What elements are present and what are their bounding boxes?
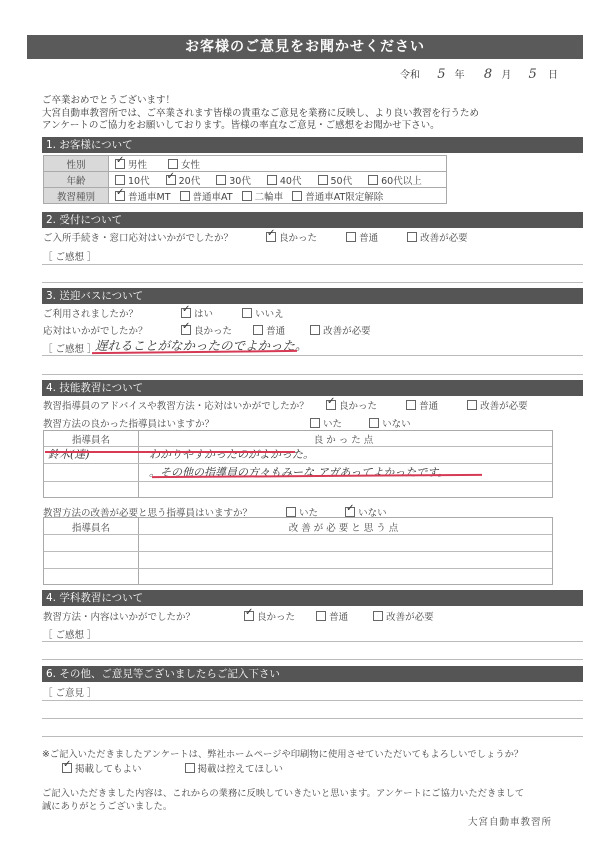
option-needs-improvement: 改善が必要 xyxy=(386,612,434,623)
checkbox-instructor-normal[interactable] xyxy=(406,400,416,410)
col-instructor-name: 指導員名 xyxy=(44,432,138,446)
option-at-limit-removal: 普通車AT限定解除 xyxy=(305,192,383,203)
checkbox-age-20s[interactable] xyxy=(166,175,176,185)
reception-question-row: ご入所手続き・窓口応対はいかがでしたか？ 良かった 普通 改善が必要 xyxy=(43,230,486,244)
reception-comment-line-1[interactable] xyxy=(42,264,583,265)
checkbox-bus-good[interactable] xyxy=(181,325,191,335)
other-comment-line-2[interactable] xyxy=(42,718,583,719)
course-type-row: 教習種別 普通車MT 普通車AT 二輪車 普通車AT限定解除 xyxy=(44,188,447,204)
intro-line-1: ご卒業おめでとうございます！ xyxy=(42,95,582,108)
checkbox-instructor-needs-improvement[interactable] xyxy=(467,400,477,410)
option-at: 普通車AT xyxy=(193,192,233,203)
date-day-label: 日 xyxy=(548,66,558,81)
checkbox-consent-decline[interactable] xyxy=(185,763,195,773)
intro-line-3: アンケートのご協力をお願いしております。皆様の率直なご意見・ご感想をお聞かせ下さ… xyxy=(42,120,582,133)
option-good: 良かった xyxy=(339,401,377,412)
section-4-heading: 4. 技能教習について xyxy=(42,380,583,396)
course-type-label: 教習種別 xyxy=(44,188,109,204)
good-point-1[interactable]: わかりやすかったのがよかった。 xyxy=(149,446,314,462)
option-good: 良かった xyxy=(279,233,317,244)
option-was-not: いない xyxy=(382,419,411,430)
checkbox-age-60s-plus[interactable] xyxy=(368,175,378,185)
form-title: お客様のご意見をお聞かせください xyxy=(27,35,583,59)
gender-row: 性別 男性 女性 xyxy=(44,156,447,172)
bus-usage-row: ご利用されましたか？ はい いいえ xyxy=(43,306,302,320)
checkbox-age-10s[interactable] xyxy=(115,175,125,185)
checkbox-at-limit-removal[interactable] xyxy=(292,191,302,201)
other-comment-line-3[interactable] xyxy=(42,736,583,737)
col-instructor-name: 指導員名 xyxy=(44,520,138,534)
intro-line-2: 大宮自動車教習所では、ご卒業されます皆様の貴重なご意見を業務に反映し、より良い教… xyxy=(42,108,582,121)
consent-question: ※ご記入いただきましたアンケートは、弊社ホームページや印刷物に使用させていただい… xyxy=(42,746,523,760)
option-was: いた xyxy=(323,419,342,430)
checkbox-at[interactable] xyxy=(180,191,190,201)
option-age-40s: 40代 xyxy=(280,176,302,187)
bus-service-question: 応対はいかがでしたか？ xyxy=(43,323,178,337)
date-month-label: 月 xyxy=(501,66,511,81)
good-instructor-row: 教習方法の良かった指導員はいますか？ いた いない xyxy=(43,416,429,430)
bus-comment-line-2[interactable] xyxy=(42,374,583,375)
option-age-50s: 50代 xyxy=(331,176,353,187)
section-2-heading: 2. 受付について xyxy=(42,212,583,228)
checkbox-good-instructor-no[interactable] xyxy=(369,418,379,428)
option-consent-ok: 掲載してもよい xyxy=(75,764,142,775)
age-label: 年齢 xyxy=(44,172,109,188)
checkbox-female[interactable] xyxy=(168,159,178,169)
option-motorcycle: 二輪車 xyxy=(255,192,284,203)
closing-line-2: 誠にありがとうございました。 xyxy=(42,798,172,812)
lecture-comment-line-1[interactable] xyxy=(42,641,583,642)
intro-text: ご卒業おめでとうございます！ 大宮自動車教習所では、ご卒業されます皆様の貴重なご… xyxy=(42,95,582,133)
checkbox-reception-needs-improvement[interactable] xyxy=(407,232,417,242)
bus-service-row: 応対はいかがでしたか？ 良かった 普通 改善が必要 xyxy=(43,323,389,337)
reception-question: ご入所手続き・窓口応対はいかがでしたか？ xyxy=(43,230,263,244)
bad-instructor-table: 指導員名 改善が必要と思う点 xyxy=(43,517,553,585)
checkbox-bad-instructor-yes[interactable] xyxy=(286,507,296,517)
checkbox-instructor-good[interactable] xyxy=(326,400,336,410)
checkbox-bus-needs-improvement[interactable] xyxy=(310,325,320,335)
section-1-heading: 1. お客様について xyxy=(42,137,583,153)
option-female: 女性 xyxy=(181,160,200,171)
other-comment-line-1[interactable] xyxy=(42,700,583,701)
lecture-question: 教習方法・内容はいかがでしたか？ xyxy=(43,609,241,623)
customer-profile-table: 性別 男性 女性 年齢 10代 20代 30代 40代 50代 60代以上 教習… xyxy=(43,155,447,204)
option-needs-improvement: 改善が必要 xyxy=(323,326,371,337)
checkbox-consent-ok[interactable] xyxy=(62,763,72,773)
date-field: 令和 5 年 8 月 5 日 xyxy=(400,66,580,82)
consent-options: 掲載してもよい 掲載は控えてほしい xyxy=(62,761,301,775)
red-underline xyxy=(45,451,295,453)
instructor-advice-row: 教習指導員のアドバイスや教習方法・応対はいかがでしたか？ 良かった 普通 改善が… xyxy=(43,398,546,412)
date-month[interactable]: 8 xyxy=(484,67,492,82)
age-row: 年齢 10代 20代 30代 40代 50代 60代以上 xyxy=(44,172,447,188)
checkbox-lecture-normal[interactable] xyxy=(316,611,326,621)
checkbox-lecture-good[interactable] xyxy=(244,611,254,621)
date-year-label: 年 xyxy=(455,66,465,81)
checkbox-reception-normal[interactable] xyxy=(346,232,356,242)
checkbox-motorcycle[interactable] xyxy=(242,191,252,201)
option-yes: はい xyxy=(194,309,213,320)
checkbox-age-50s[interactable] xyxy=(318,175,328,185)
lecture-comment-label: ［ ご感想 ］ xyxy=(43,627,97,641)
option-male: 男性 xyxy=(128,160,147,171)
option-age-30s: 30代 xyxy=(229,176,251,187)
checkbox-lecture-needs-improvement[interactable] xyxy=(373,611,383,621)
reception-comment-label: ［ ご感想 ］ xyxy=(43,249,97,263)
section-5-heading: 4. 学科教習について xyxy=(42,590,583,606)
checkbox-bus-yes[interactable] xyxy=(181,308,191,318)
option-age-20s: 20代 xyxy=(179,176,201,187)
section-3-heading: 3. 送迎バスについて xyxy=(42,288,583,304)
option-age-60s-plus: 60代以上 xyxy=(381,176,422,187)
lecture-comment-line-2[interactable] xyxy=(42,659,583,660)
option-mt: 普通車MT xyxy=(128,192,171,203)
option-needs-improvement: 改善が必要 xyxy=(420,233,468,244)
checkbox-mt[interactable] xyxy=(115,191,125,201)
section-6-heading: 6. その他、ご意見等ございましたらご記入下さい xyxy=(42,666,583,682)
date-year[interactable]: 5 xyxy=(437,67,445,82)
checkbox-reception-good[interactable] xyxy=(266,232,276,242)
reception-comment-line-2[interactable] xyxy=(42,282,583,283)
lecture-question-row: 教習方法・内容はいかがでしたか？ 良かった 普通 改善が必要 xyxy=(43,609,452,623)
bus-comment-line-1[interactable] xyxy=(42,355,583,356)
option-consent-decline: 掲載は控えてほしい xyxy=(198,764,284,775)
col-good-points: 良かった点 xyxy=(138,432,552,446)
bus-usage-question: ご利用されましたか？ xyxy=(43,306,178,320)
checkbox-age-40s[interactable] xyxy=(267,175,277,185)
gender-label: 性別 xyxy=(44,156,109,172)
date-day[interactable]: 5 xyxy=(529,67,537,82)
closing-line-1: ご記入いただきました内容は、これからの業務に反映していきたいと思います。アンケー… xyxy=(42,785,524,799)
option-normal: 普通 xyxy=(419,401,438,412)
checkbox-age-30s[interactable] xyxy=(216,175,226,185)
option-good: 良かった xyxy=(257,612,295,623)
option-needs-improvement: 改善が必要 xyxy=(480,401,528,412)
option-age-10s: 10代 xyxy=(128,176,150,187)
date-era: 令和 xyxy=(400,66,420,81)
checkbox-male[interactable] xyxy=(115,159,125,169)
good-instructor-table: 指導員名 良かった点 鈴木(達) わかりやすかったのがよかった。 。その他の指導… xyxy=(43,430,553,498)
other-comment-label: ［ ご意見 ］ xyxy=(43,685,97,699)
checkbox-bad-instructor-no[interactable] xyxy=(345,507,355,517)
school-signature: 大宮自動車教習所 xyxy=(468,814,552,828)
instructor-advice-question: 教習指導員のアドバイスや教習方法・応対はいかがでしたか？ xyxy=(43,398,323,412)
checkbox-bus-no[interactable] xyxy=(242,308,252,318)
option-normal: 普通 xyxy=(359,233,378,244)
checkbox-bus-normal[interactable] xyxy=(253,325,263,335)
good-instructor-question: 教習方法の良かった指導員はいますか？ xyxy=(43,416,307,430)
good-instructor-name-1[interactable]: 鈴木(達) xyxy=(48,446,90,462)
option-no: いいえ xyxy=(255,309,284,320)
checkbox-good-instructor-yes[interactable] xyxy=(310,418,320,428)
bus-comment-label: ［ ご感想 ］ xyxy=(43,341,97,355)
col-improvement-points: 改善が必要と思う点 xyxy=(138,520,552,534)
option-normal: 普通 xyxy=(329,612,348,623)
